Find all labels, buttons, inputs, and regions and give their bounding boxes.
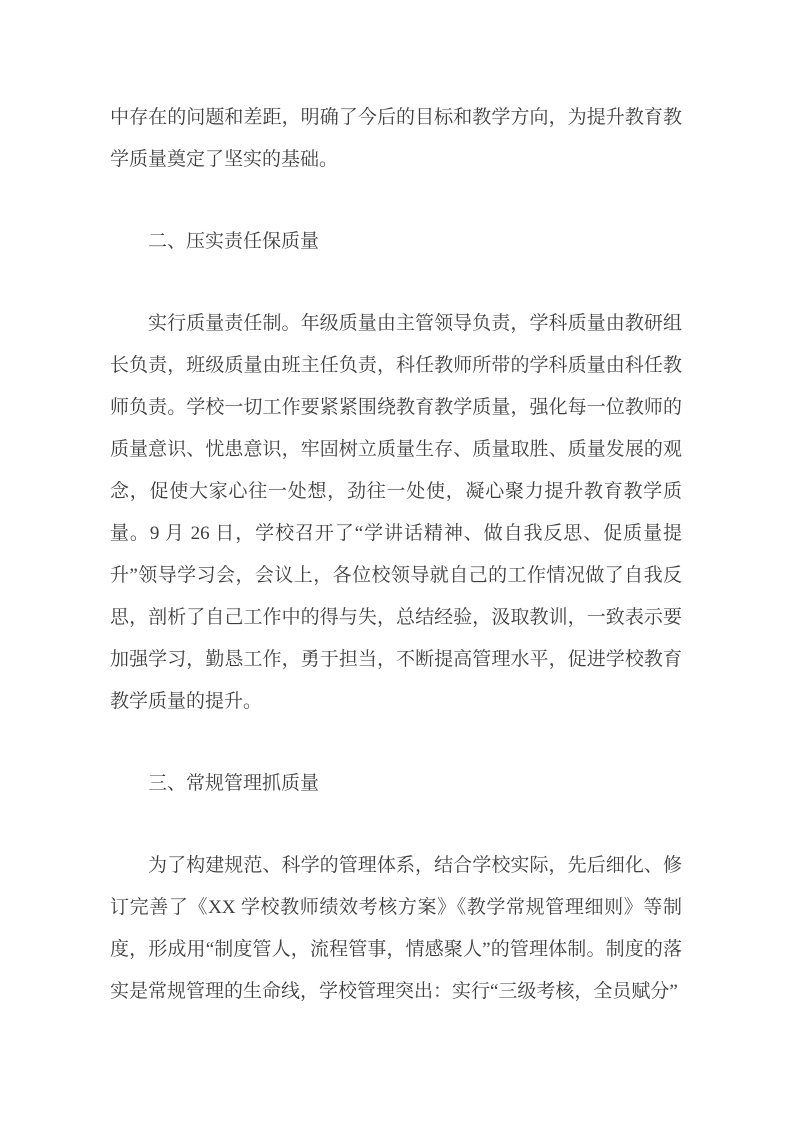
paragraph-section-3: 为了构建规范、科学的管理体系，结合学校实际，先后细化、修订完善了《XX 学校教师… <box>110 845 682 1013</box>
document-page: 中存在的问题和差距，明确了今后的目标和教学方向，为提升教育教学质量奠定了坚实的基… <box>110 97 682 1013</box>
paragraph-continuation: 中存在的问题和差距，明确了今后的目标和教学方向，为提升教育教学质量奠定了坚实的基… <box>110 97 682 181</box>
section-heading-2: 二、压实责任保质量 <box>110 221 682 263</box>
section-heading-3: 三、常规管理抓质量 <box>110 763 682 805</box>
paragraph-section-2: 实行质量责任制。年级质量由主管领导负责，学科质量由教研组长负责，班级质量由班主任… <box>110 303 682 723</box>
